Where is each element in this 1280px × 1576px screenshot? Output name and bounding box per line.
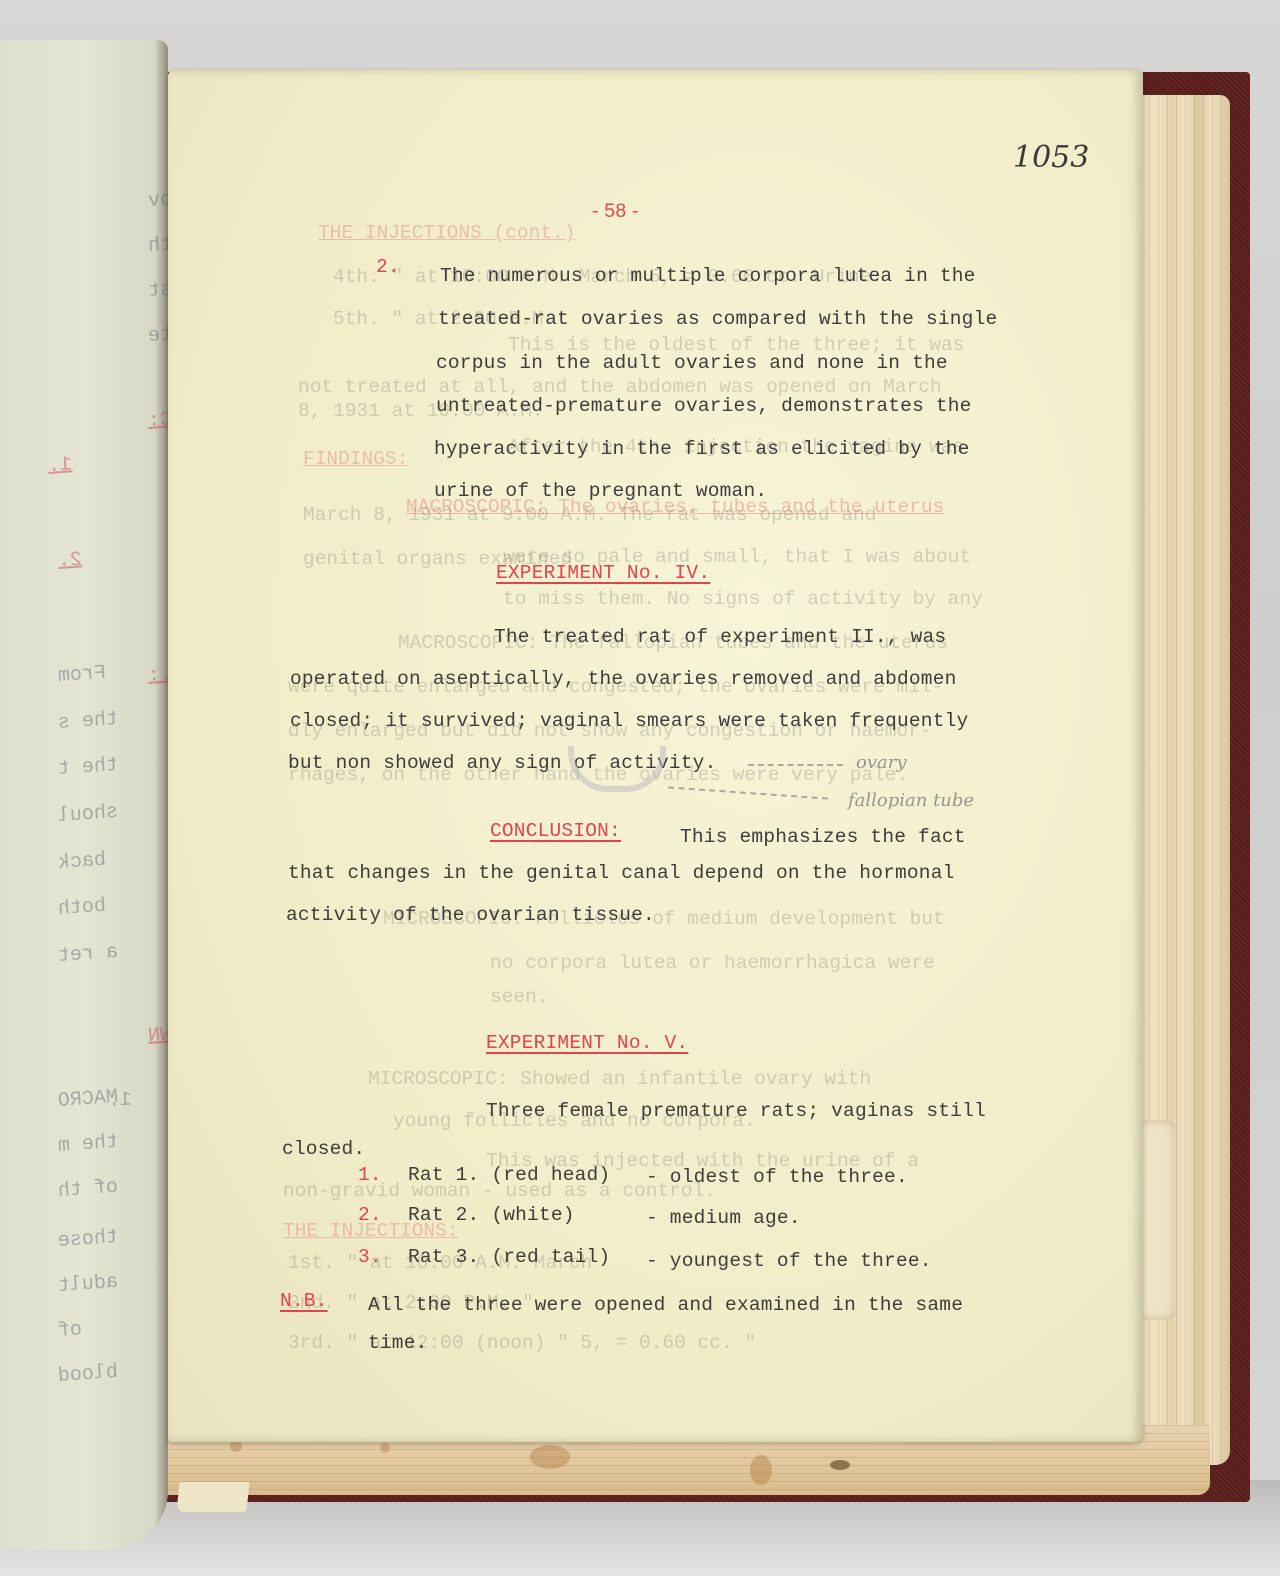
body-text-line: that changes in the genital canal depend… <box>288 862 955 884</box>
document-page: THE INJECTIONS (cont.) 4th. " at 10:00 A… <box>168 70 1143 1442</box>
body-text-line: closed. <box>282 1138 365 1160</box>
rat-name: Rat 1. (red head) <box>408 1164 610 1186</box>
folio-number: 1053 <box>1013 140 1089 175</box>
section-heading: EXPERIMENT No. IV. <box>496 562 710 584</box>
bleed-text-line: MICROSCOPIC: Showed an infantile ovary w… <box>368 1068 871 1090</box>
mirror-text-line: shoul <box>57 801 118 828</box>
mirror-text-line: a ret <box>57 941 118 968</box>
body-text-line: The numerous or multiple corpora lutea i… <box>440 265 976 287</box>
stain <box>380 1443 390 1453</box>
rat-name: Rat 3. (red tail) <box>408 1246 610 1268</box>
bleed-text-line: 3rd. " at 12:00 (noon) " 5, = 0.60 cc. " <box>288 1332 756 1354</box>
conclusion-label: CONCLUSION: <box>490 820 621 842</box>
body-text-line: All the three were opened and examined i… <box>368 1294 963 1316</box>
fallopian-pointer-line <box>668 786 828 799</box>
mirror-text-line: MACRO <box>57 1086 118 1113</box>
page-number: - 58 - <box>592 200 639 223</box>
stain <box>750 1455 772 1485</box>
rat-description: - oldest of the three. <box>646 1166 908 1188</box>
rat-description: - medium age. <box>646 1207 801 1229</box>
nb-label: N.B. <box>280 1290 328 1312</box>
body-text-line: closed; it survived; vaginal smears were… <box>290 710 968 732</box>
mirror-text-line: the t <box>57 754 118 781</box>
list-marker: 2. <box>358 1204 382 1226</box>
bleed-text-line: no corpora lutea or haemorrhagica were <box>490 952 935 974</box>
stain <box>530 1445 570 1469</box>
ovary-label: ovary <box>856 752 907 773</box>
body-text-line: activity of the ovarian tissue. <box>286 904 655 926</box>
body-text-line: untreated-premature ovaries, demonstrate… <box>436 395 972 417</box>
body-text-line: treated-rat ovaries as compared with the… <box>438 308 997 330</box>
mirror-text-line: the m <box>57 1131 118 1158</box>
rat-name: Rat 2. (white) <box>408 1204 575 1226</box>
bleed-text-heading: FINDINGS: <box>303 448 408 470</box>
body-text-line: Three female premature rats; vaginas sti… <box>486 1100 986 1122</box>
body-text-line: corpus in the adult ovaries and none in … <box>436 352 948 374</box>
section-heading: EXPERIMENT No. V. <box>486 1032 688 1054</box>
mirror-text-line: back <box>57 849 107 875</box>
fallopian-tube-label: fallopian tube <box>848 790 974 811</box>
list-marker: 1. <box>358 1164 382 1186</box>
body-text-line: hyperactivity in the first as elicited b… <box>434 438 970 460</box>
mirror-text-line: From <box>57 662 107 688</box>
body-text-line: time. <box>368 1332 428 1354</box>
mirror-text-line: 2. <box>57 548 83 573</box>
mirror-text-line: of <box>57 1318 83 1343</box>
list-marker: 3. <box>358 1246 382 1268</box>
mirror-text-line: both <box>57 895 107 921</box>
left-facing-page: the ovaries remov these ovaries, th amou… <box>0 40 168 1550</box>
bottom-tab <box>176 1482 249 1512</box>
mirror-text-line: 1. <box>47 453 73 478</box>
bleed-text-heading: THE INJECTIONS (cont.) <box>318 222 575 244</box>
bleed-text-line: to miss them. No signs of activity by an… <box>503 588 983 610</box>
mirror-text-line: of th <box>57 1176 118 1203</box>
rat-description: - youngest of the three. <box>646 1250 932 1272</box>
bleed-text-line: seen. <box>490 986 549 1008</box>
mirror-text-line: those <box>57 1226 118 1253</box>
mirror-text-line: adult <box>57 1271 118 1298</box>
body-text-line: operated on aseptically, the ovaries rem… <box>290 668 957 690</box>
stain <box>830 1460 850 1470</box>
ovary-pointer-line <box>748 764 843 766</box>
item-marker: 2. <box>376 256 400 278</box>
body-text-line: This emphasizes the fact <box>680 826 966 848</box>
body-text-line: The treated rat of experiment II., was <box>494 626 946 648</box>
mirror-text-line: the s <box>57 708 118 735</box>
mirror-text-line: blood <box>57 1361 118 1388</box>
body-text-line: urine of the pregnant woman. <box>434 480 767 502</box>
